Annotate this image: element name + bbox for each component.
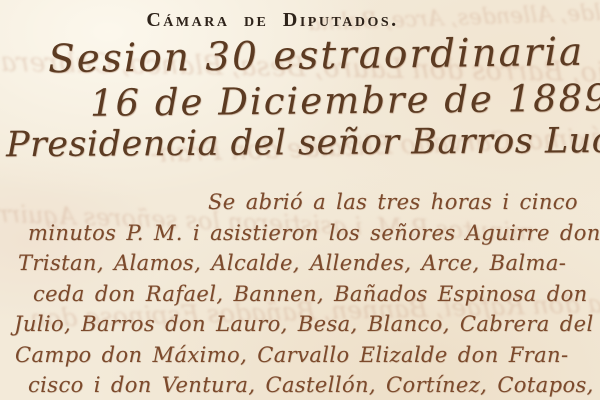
body-line: Julio, Barros don Lauro, Besa, Blanco, C… xyxy=(14,309,594,340)
letterhead: Cámara de Diputados. xyxy=(0,9,545,32)
body-line: Tristan, Alamos, Alcalde, Allendes, Arce… xyxy=(18,248,594,279)
body-line: ceda don Rafael, Bannen, Bañados Espinos… xyxy=(33,279,594,310)
session-date-line: 16 de Diciembre de 1889. xyxy=(90,76,600,125)
body-line: Se abrió a las tres horas i cinco xyxy=(208,187,594,218)
body-line: Campo don Máximo, Carvallo Elizalde don … xyxy=(15,340,594,371)
manuscript-page: Tristan, Alamos, Alcalde, Allendes, Arce… xyxy=(0,0,600,400)
session-title-line: Sesion 30 estraordinaria en xyxy=(48,29,600,82)
body-line: cisco i don Ventura, Castellón, Cortínez… xyxy=(28,370,594,400)
minutes-body: Se abrió a las tres horas i cinco minuto… xyxy=(12,187,594,400)
body-line: minutos P. M. i asistieron los señores A… xyxy=(28,218,594,249)
presidency-line: Presidencia del señor Barros Luco. xyxy=(6,121,600,165)
